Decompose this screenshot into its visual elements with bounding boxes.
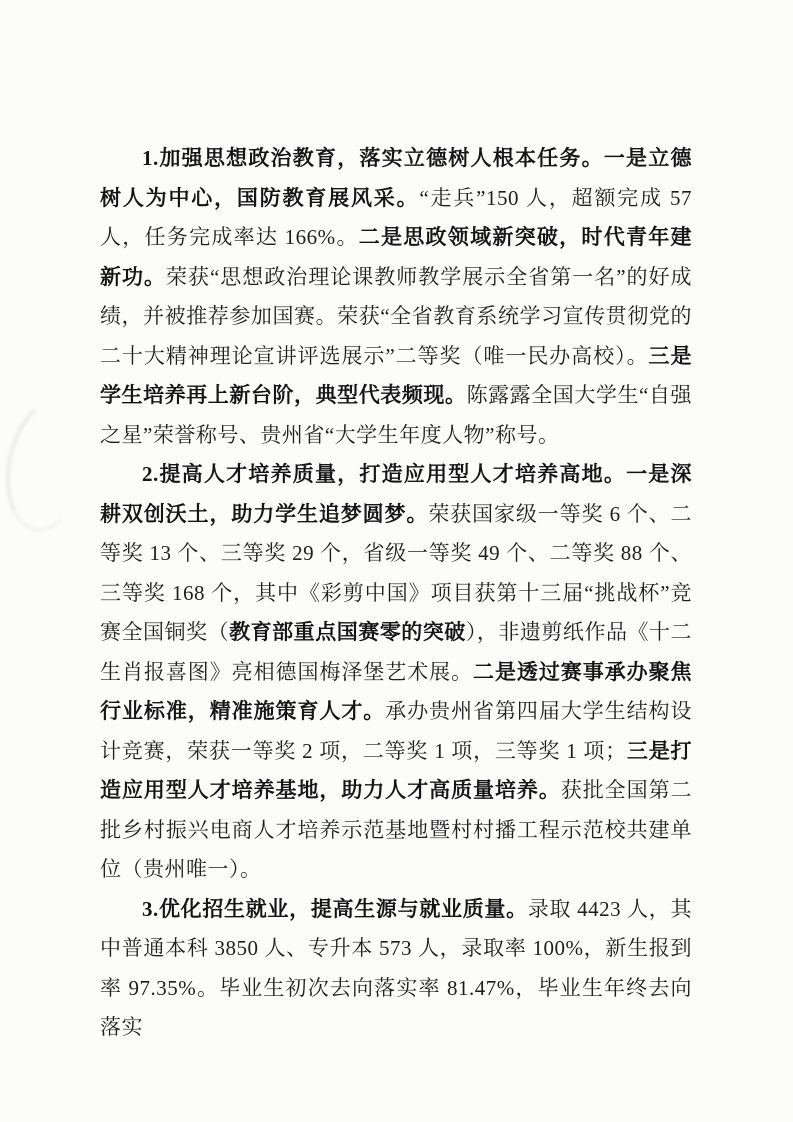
text-run: 荣获“思想政治理论课教师教学展示全省第一名”的好成绩，并被推荐参加国赛。荣获“全… (100, 265, 692, 368)
text-run: 3.优化招生就业，提高生源与就业质量。 (142, 897, 528, 921)
paragraph-3: 3.优化招生就业，提高生源与就业质量。录取 4423 人，其中普通本科 3850… (100, 890, 692, 1048)
paragraph-1: 1.加强思想政治教育，落实立德树人根本任务。一是立德树人为中心，国防教育展风采。… (100, 139, 692, 455)
scanned-page: 1.加强思想政治教育，落实立德树人根本任务。一是立德树人为中心，国防教育展风采。… (0, 0, 793, 1122)
text-run: 教育部重点国赛零的突破 (229, 620, 466, 644)
scan-smudge-artifact (0, 391, 101, 539)
text-run: 1.加强思想政治教育，落实立德树人根本任务。 (142, 146, 604, 170)
paragraph-2: 2.提高人才培养质量，打造应用型人才培养高地。一是深耕双创沃土，助力学生追梦圆梦… (100, 455, 692, 890)
document-text: 1.加强思想政治教育，落实立德树人根本任务。一是立德树人为中心，国防教育展风采。… (100, 139, 692, 1048)
text-run: 2.提高人才培养质量，打造应用型人才培养高地。 (142, 462, 626, 486)
